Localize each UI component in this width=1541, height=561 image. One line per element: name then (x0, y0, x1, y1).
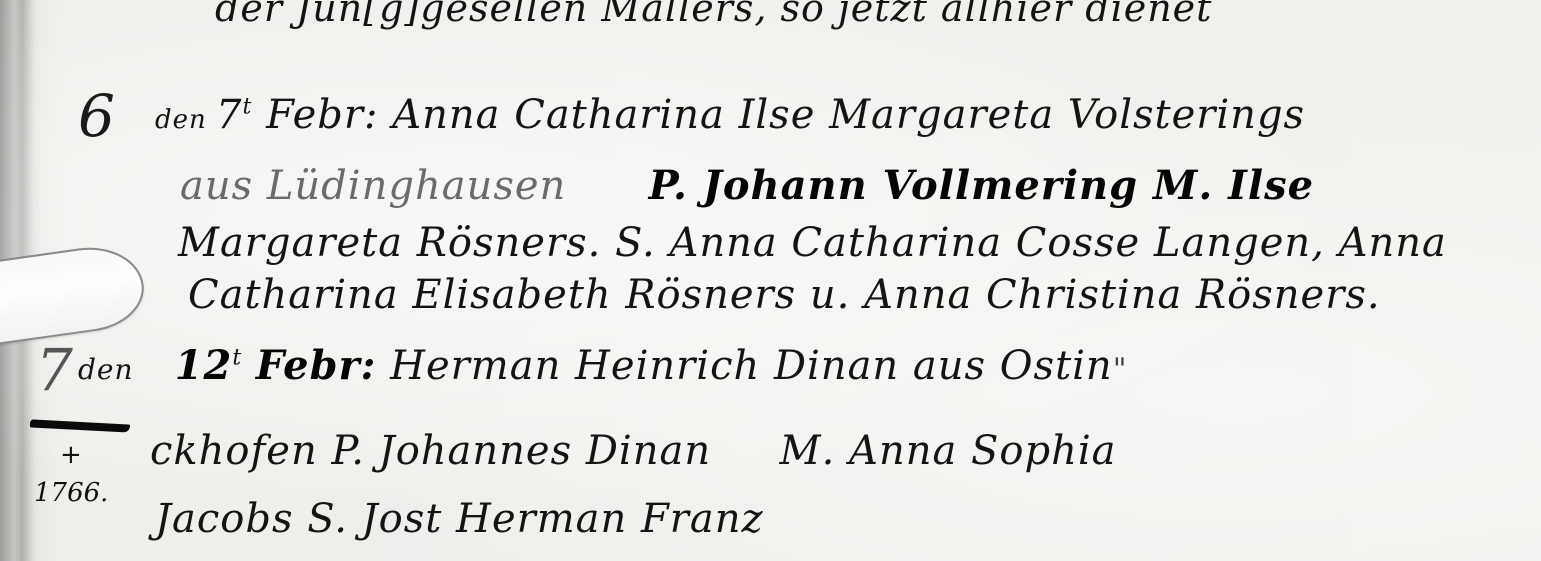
entry-6-date-month: Febr: (266, 92, 378, 138)
carryover-line: der Jun[g]gesellen Mallers, so jetzt all… (215, 0, 1212, 30)
entry-6-date-suffix: t (243, 95, 253, 120)
entry-7-date-suffix: t (232, 346, 242, 371)
entry-7-child-name: Herman Heinrich Dinan aus Ostin (390, 343, 1113, 389)
margin-year-note: 1766. (34, 478, 108, 508)
date-prefix: den (155, 105, 216, 135)
entry-6-parents: P. Johann Vollmering M. Ilse (649, 162, 1314, 209)
entry-6-line-2: aus Lüdinghausen P. Johann Vollmering M.… (180, 162, 1314, 209)
carryover-text: der Jun[g]gesellen Mallers, so jetzt all… (215, 0, 1212, 30)
entry-6-sponsors-1: Margareta Rösners. S. Anna Catharina Cos… (178, 220, 1447, 266)
death-cross-icon: + (60, 440, 82, 470)
entry-6-origin: aus Lüdinghausen (180, 163, 566, 209)
entry-6-line-4: Catharina Elisabeth Rösners u. Anna Chri… (188, 272, 1381, 318)
margin-underline-stroke (30, 419, 130, 432)
entry-number-7: 7 (36, 336, 73, 404)
entry-7-line-1: den 12t Febr: Herman Heinrich Dinan aus … (78, 342, 1128, 389)
entry-7-date-month: Febr: (256, 342, 376, 389)
entry-7-mother: M. Anna Sophia (780, 428, 1117, 474)
entry-6-child-name: Anna Catharina Ilse Margareta Volstering… (392, 92, 1305, 138)
entry-7-prefix: den (78, 353, 134, 386)
finger-obstruction (0, 240, 149, 347)
entry-6-line-3: Margareta Rösners. S. Anna Catharina Cos… (178, 220, 1447, 266)
entry-7-date-day: 12 (175, 342, 233, 389)
entry-7-line-2: ckhofen P. Johannes Dinan M. Anna Sophia (150, 428, 1117, 474)
entry-6-sponsors-2: Catharina Elisabeth Rösners u. Anna Chri… (188, 272, 1381, 318)
entry-6-date-day: 7 (216, 92, 242, 138)
manuscript-page: der Jun[g]gesellen Mallers, so jetzt all… (0, 0, 1541, 561)
entry-7-line-3: Jacobs S. Jost Herman Franz (155, 496, 764, 542)
entry-number-6: 6 (78, 82, 115, 150)
entry-7-sponsor: Jacobs S. Jost Herman Franz (155, 496, 764, 542)
entry-7-father: ckhofen P. Johannes Dinan (150, 428, 711, 474)
ditto-mark: " (1113, 352, 1128, 387)
entry-6-line-1: den 7t Febr: Anna Catharina Ilse Margare… (155, 92, 1305, 138)
